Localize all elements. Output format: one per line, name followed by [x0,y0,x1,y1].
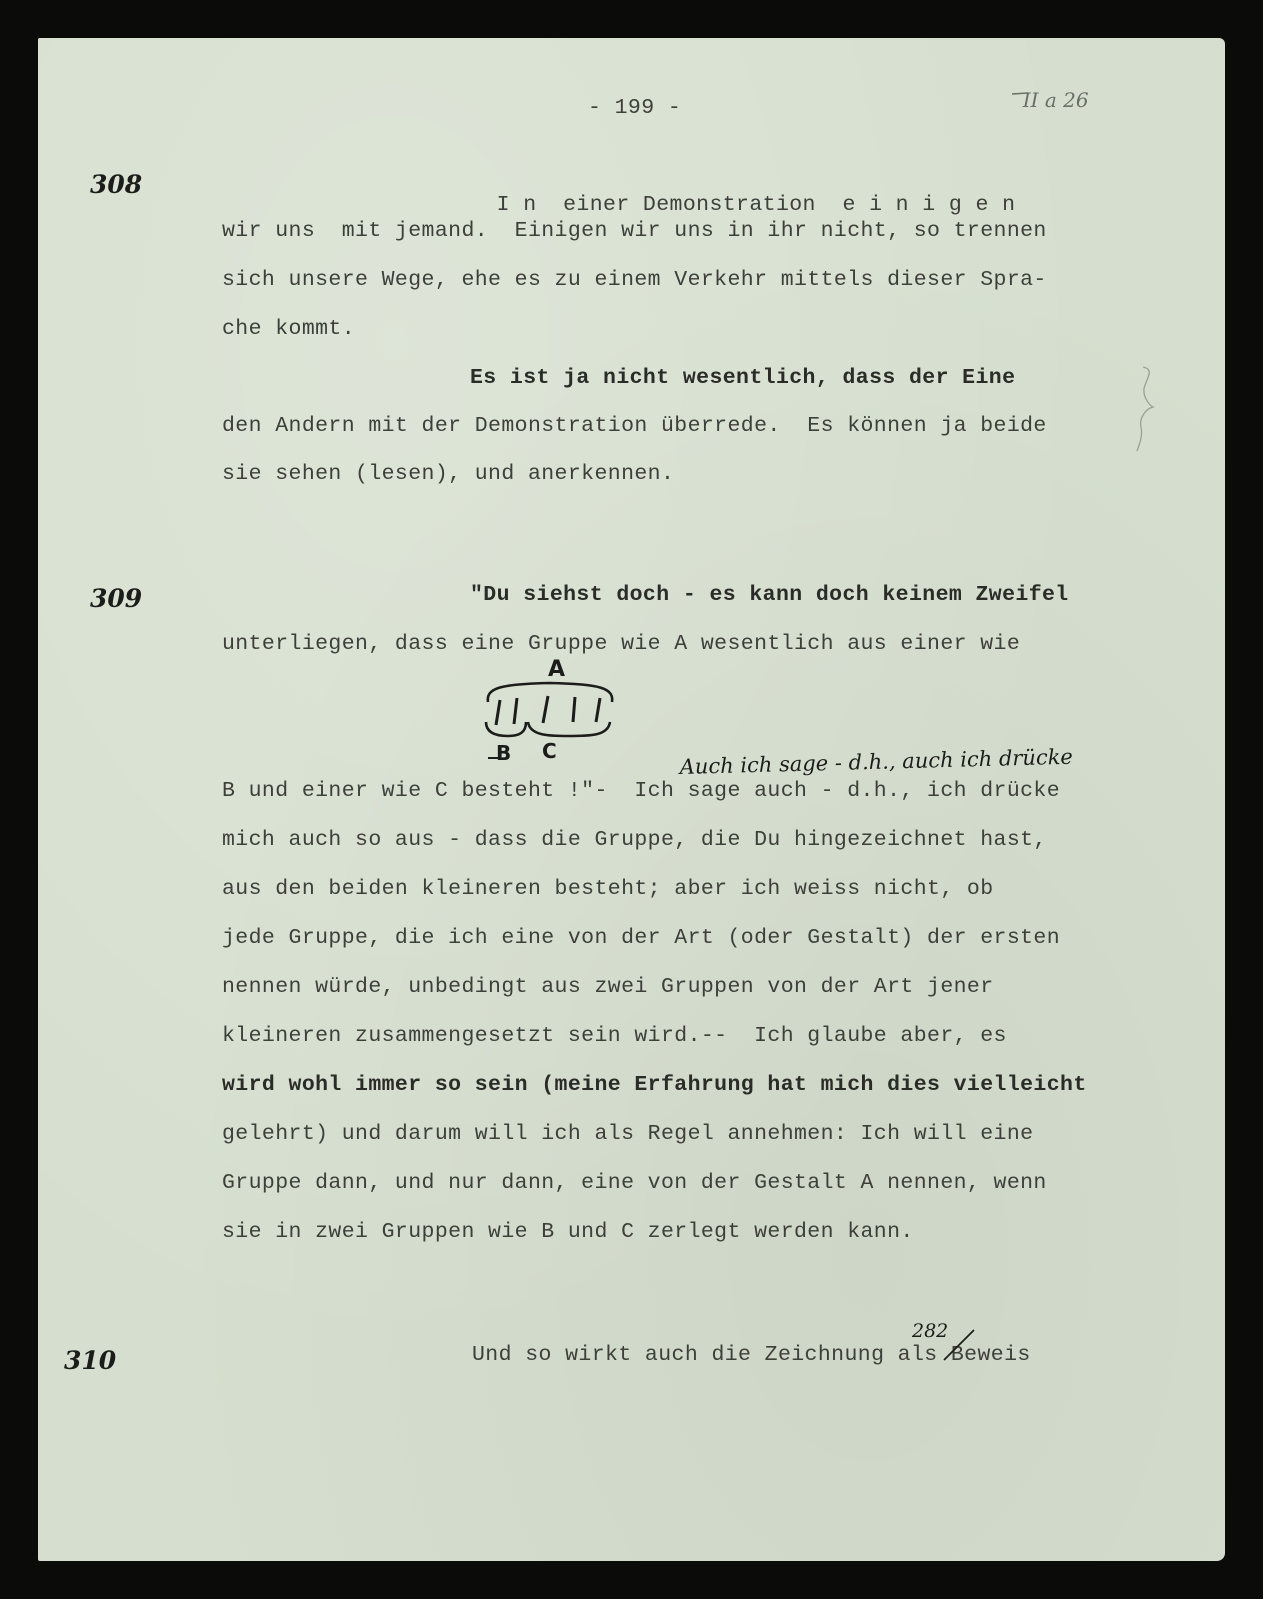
text-line: gelehrt) und darum will ich als Regel an… [222,1124,1033,1146]
text-line: aus den beiden kleineren besteht; aber i… [222,879,994,901]
diagram-label-b: B [496,741,511,765]
text-line: jede Gruppe, die ich eine von der Art (o… [222,928,1060,950]
insert-caret-mark [940,1326,980,1366]
section-number-308: 308 [90,172,142,197]
text-line: I n einer Demonstration e i n i g e n [470,173,1015,216]
text-line: mich auch so aus - dass die Gruppe, die … [222,830,1047,852]
section-number-310: 310 [64,1348,116,1373]
text-line: kleineren zusammengesetzt sein wird.-- I… [222,1026,1007,1048]
text-line: sie in zwei Gruppen wie B und C zerlegt … [222,1222,914,1244]
page-number: - 199 - [588,98,681,120]
text-line: wir uns mit jemand. Einigen wir uns in i… [222,221,1047,243]
archive-reference-underline [1012,92,1032,96]
section-number-309: 309 [90,586,142,611]
archive-reference: II a 26 [1010,70,1089,110]
group-diagram: A B C [480,650,630,770]
text-line: B und einer wie C besteht !"- Ich sage a… [222,781,1060,803]
text-line: sie sehen (lesen), und anerkennen. [222,464,674,486]
diagram-label-c: C [542,739,557,763]
text-line: nennen würde, unbedingt aus zwei Gruppen… [222,977,994,999]
text-line: den Andern mit der Demonstration überred… [222,416,1047,438]
text-line: che kommt. [222,319,355,341]
text-line: wird wohl immer so sein (meine Erfahrung… [222,1075,1087,1097]
diagram-label-a: A [548,657,565,682]
text-line: sich unsere Wege, ehe es zu einem Verkeh… [222,270,1047,292]
text-line: "Du siehst doch - es kann doch keinem Zw… [470,585,1069,607]
text-line: Gruppe dann, und nur dann, eine von der … [222,1173,1047,1195]
margin-brace-mark [1135,365,1165,455]
text-line: Es ist ja nicht wesentlich, dass der Ein… [470,368,1015,390]
